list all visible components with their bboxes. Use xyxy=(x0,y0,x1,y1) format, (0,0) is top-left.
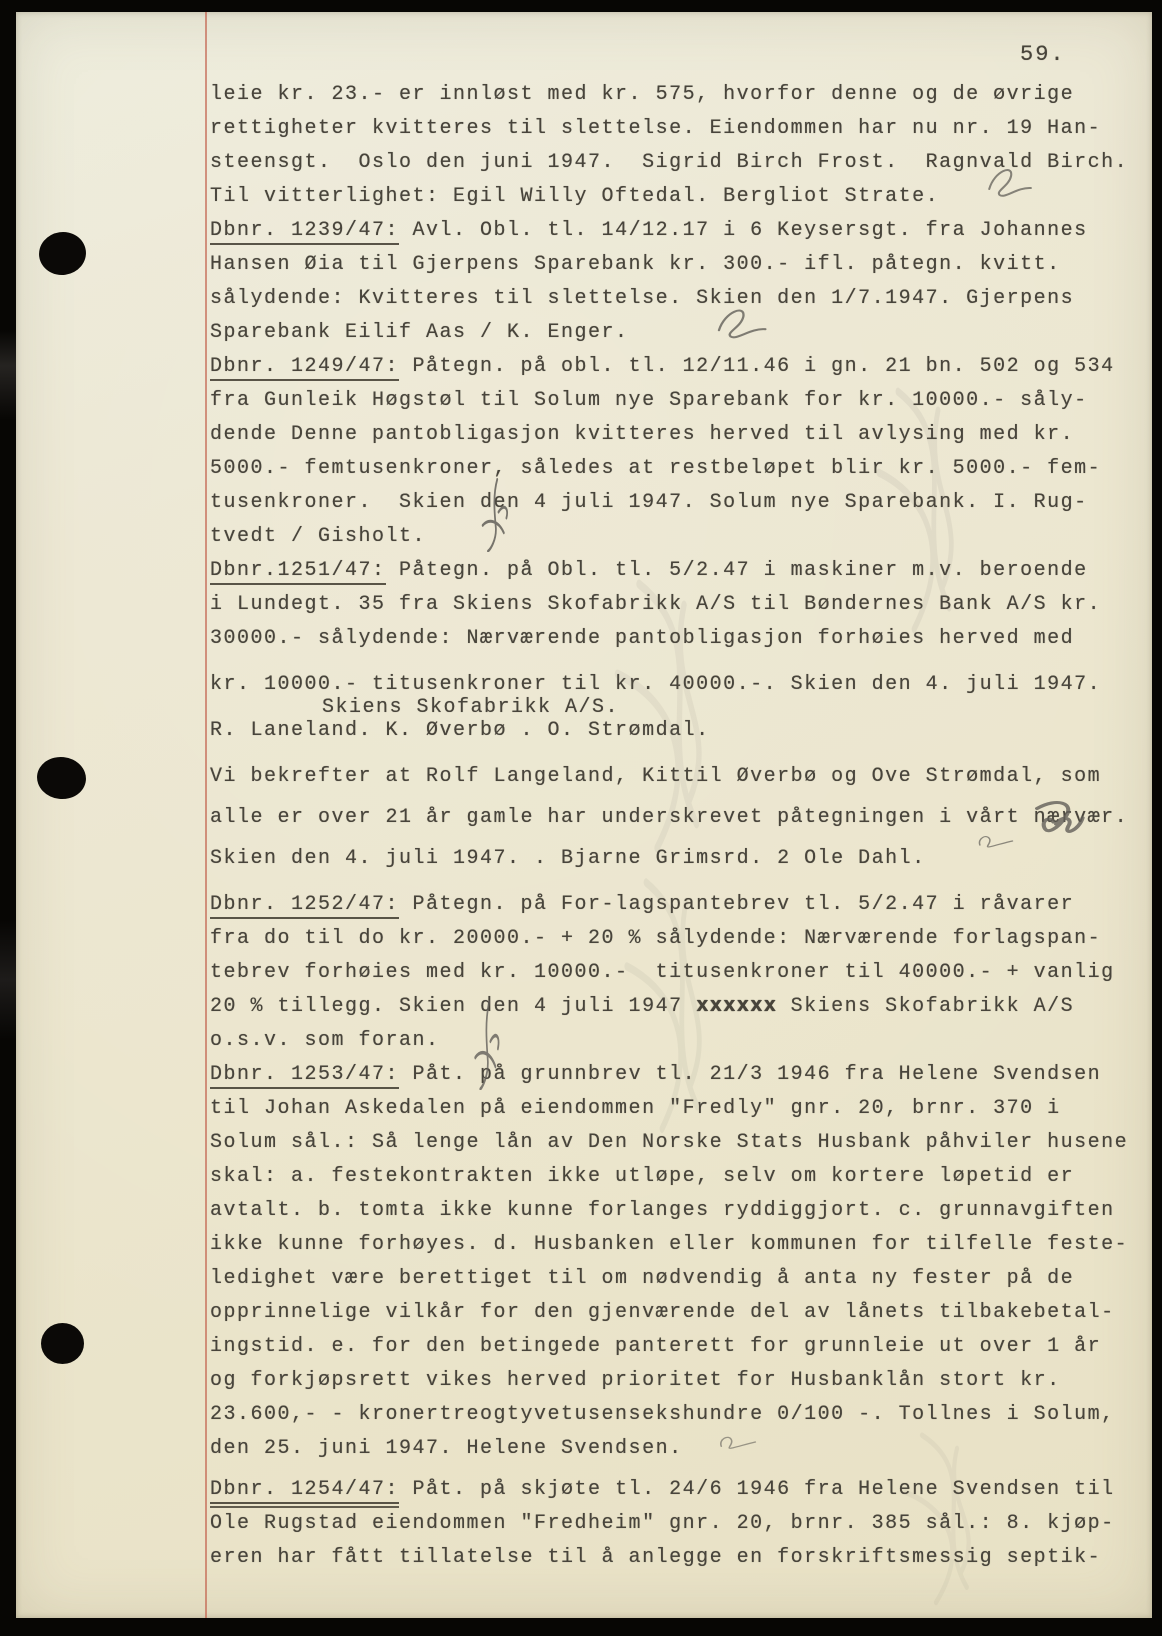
text-line: ingstid. e. for den betingede panterett … xyxy=(210,1330,1162,1364)
text-segment: Avl. Obl. tl. 14/12.17 i 6 Keysersgt. fr… xyxy=(399,219,1088,242)
pencil-paraph-icon xyxy=(972,824,1016,858)
text-segment: Hansen Øia til Gjerpens Sparebank kr. 30… xyxy=(210,253,1061,276)
text-line: opprinnelige vilkår for den gjenværende … xyxy=(210,1296,1162,1330)
text-line: rettigheter kvitteres til slettelse. Eie… xyxy=(210,112,1162,146)
ghost-writing-icon xyxy=(850,370,1010,640)
text-segment: avtalt. b. tomta ikke kunne forlanges ry… xyxy=(210,1199,1115,1222)
text-segment: Til vitterlighet: Egil Willy Oftedal. Be… xyxy=(210,185,939,208)
text-line: sålydende: Kvitteres til slettelse. Skie… xyxy=(210,282,1162,316)
text-line: 5000.- femtusenkroner, således at restbe… xyxy=(210,452,1162,486)
text-segment: Skien den 4. juli 1947. . Bjarne Grimsrd… xyxy=(210,847,926,870)
text-line: Dbnr. 1239/47: Avl. Obl. tl. 14/12.17 i … xyxy=(210,214,1162,248)
text-line: dende Denne pantobligasjon kvitteres her… xyxy=(210,418,1162,452)
margin-ruled-line xyxy=(205,12,207,1618)
text-segment: opprinnelige vilkår for den gjenværende … xyxy=(210,1301,1115,1324)
text-line: tvedt / Gisholt. xyxy=(210,520,1162,554)
text-segment: ledighet være berettiget til om nødvendi… xyxy=(210,1267,1074,1290)
punch-hole xyxy=(41,1323,84,1364)
paper-sheet: 59. leie kr. 23.- er innløst med kr. 575… xyxy=(16,12,1152,1618)
entry-number-label: Dbnr.1251/47: xyxy=(210,559,386,585)
text-segment: Sparebank Eilif Aas / K. Enger. xyxy=(210,321,629,344)
text-line: ikke kunne forhøyes. d. Husbanken eller … xyxy=(210,1228,1162,1262)
text-line: avtalt. b. tomta ikke kunne forlanges ry… xyxy=(210,1194,1162,1228)
text-segment: ingstid. e. for den betingede panterett … xyxy=(210,1335,1101,1358)
text-line: Dbnr. 1249/47: Påtegn. på obl. tl. 12/11… xyxy=(210,350,1162,384)
text-line: ledighet være berettiget til om nødvendi… xyxy=(210,1262,1162,1296)
text-segment: Skiens Skofabrikk A/S xyxy=(777,995,1074,1018)
scanned-page: 59. leie kr. 23.- er innløst med kr. 575… xyxy=(0,0,1162,1636)
text-line: Sparebank Eilif Aas / K. Enger. xyxy=(210,316,1162,350)
text-segment: og forkjøpsrett vikes herved prioritet f… xyxy=(210,1369,1061,1392)
text-segment: sålydende: Kvitteres til slettelse. Skie… xyxy=(210,287,1074,310)
text-line: og forkjøpsrett vikes herved prioritet f… xyxy=(210,1364,1162,1398)
text-line: tusenkroner. Skien den 4 juli 1947. Solu… xyxy=(210,486,1162,520)
ghost-writing-icon xyxy=(880,1420,1020,1610)
entry-number-label: Dbnr. 1254/47: xyxy=(210,1478,399,1504)
page-number: 59. xyxy=(1020,42,1066,67)
text-segment: o.s.v. som foran. xyxy=(210,1029,440,1052)
text-segment: den 25. juni 1947. Helene Svendsen. xyxy=(210,1437,683,1460)
pencil-paraph-icon xyxy=(713,1424,759,1460)
pencil-paraph-icon xyxy=(473,478,517,552)
text-line: skal: a. festekontrakten ikke utløpe, se… xyxy=(210,1160,1162,1194)
ghost-writing-icon xyxy=(598,860,758,1140)
text-line: leie kr. 23.- er innløst med kr. 575, hv… xyxy=(210,78,1162,112)
text-segment: leie kr. 23.- er innløst med kr. 575, hv… xyxy=(210,83,1074,106)
ghost-writing-icon xyxy=(585,560,765,860)
text-segment: skal: a. festekontrakten ikke utløpe, se… xyxy=(210,1165,1074,1188)
pencil-paraph-icon xyxy=(983,158,1035,208)
pencil-paraph-icon xyxy=(712,298,770,350)
text-segment: rettigheter kvitteres til slettelse. Eie… xyxy=(210,117,1101,140)
text-line: Hansen Øia til Gjerpens Sparebank kr. 30… xyxy=(210,248,1162,282)
entry-number-label: Dbnr. 1239/47: xyxy=(210,219,399,245)
text-segment: tvedt / Gisholt. xyxy=(210,525,426,548)
text-line: fra Gunleik Høgstøl til Solum nye Spareb… xyxy=(210,384,1162,418)
pencil-paraph-icon xyxy=(466,1000,508,1090)
text-segment: ikke kunne forhøyes. d. Husbanken eller … xyxy=(210,1233,1128,1256)
entry-number-label: Dbnr. 1252/47: xyxy=(210,893,399,919)
entry-number-label: Dbnr. 1249/47: xyxy=(210,355,399,381)
pencil-paraph-icon xyxy=(1018,796,1086,848)
entry-number-label: Dbnr. 1253/47: xyxy=(210,1063,399,1089)
